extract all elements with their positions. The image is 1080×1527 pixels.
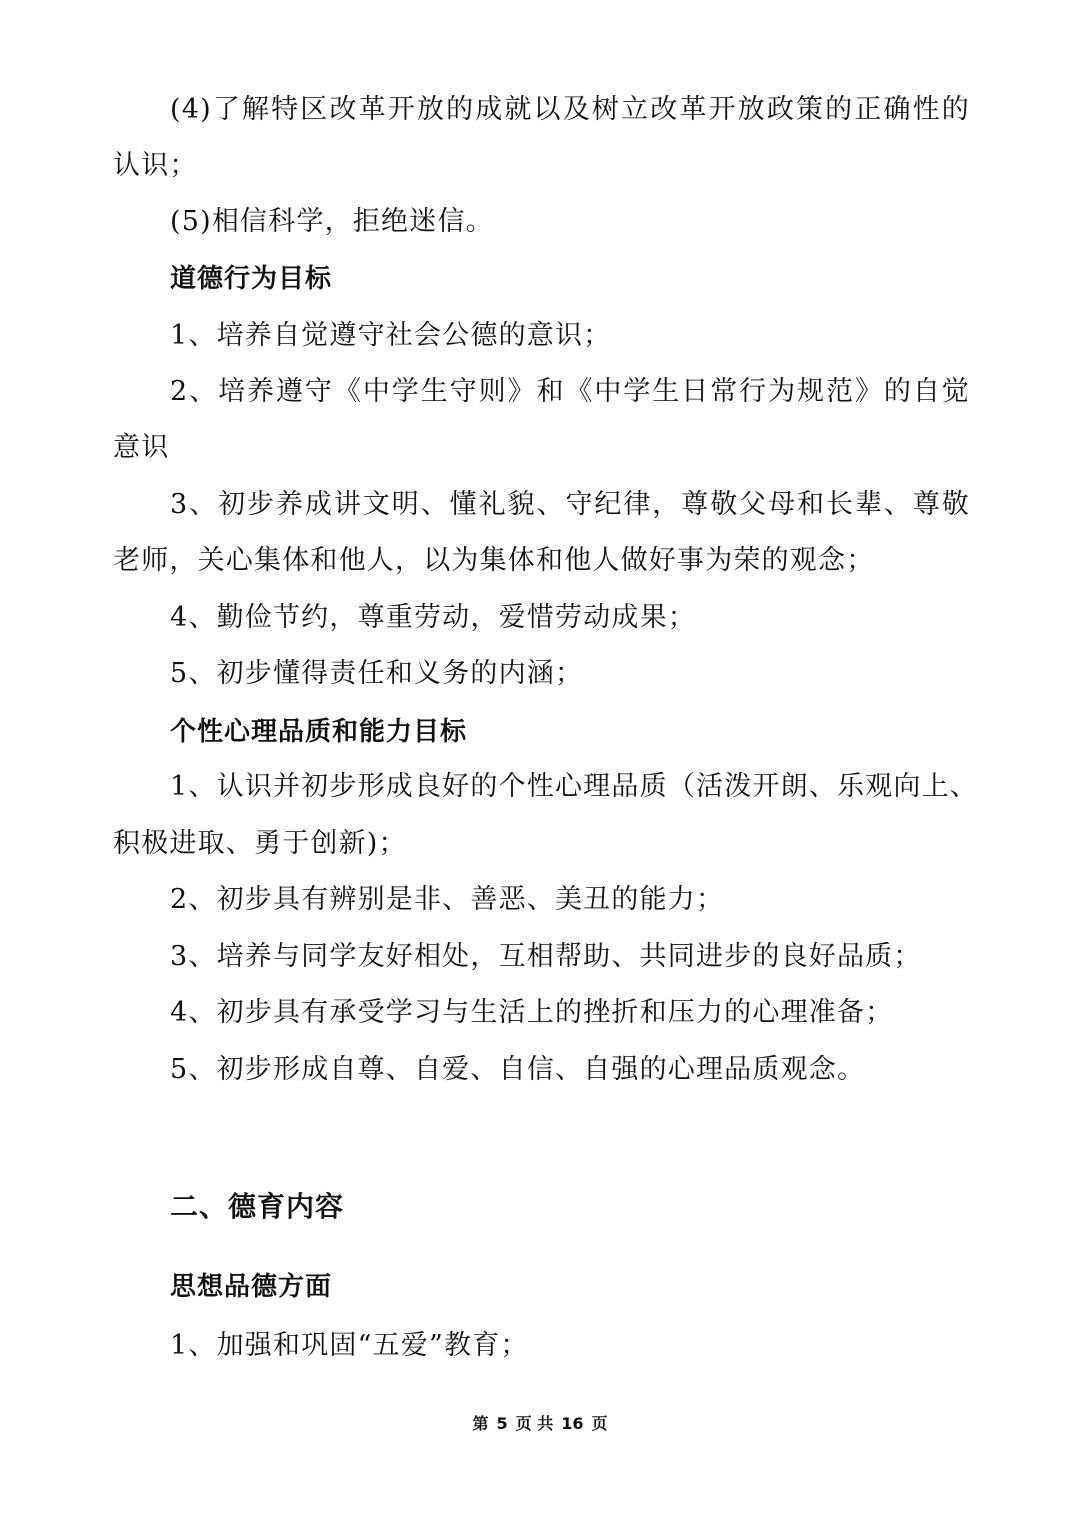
paragraph-4-line-1: (4)了解特区改革开放的成就以及树立改革开放政策的正确性的: [170, 92, 970, 128]
moral-item-3-line-2: 老师，关心集体和他人，以为集体和他人做好事为荣的观念；: [113, 543, 969, 579]
moral-item-1: 1、培养自觉遵守社会公德的意识；: [170, 318, 970, 354]
section-two-item-1: 1、加强和巩固“五爱”教育；: [170, 1328, 970, 1364]
moral-item-4: 4、勤俭节约，尊重劳动，爱惜劳动成果；: [170, 600, 970, 636]
footer-mid: 页 共: [516, 1414, 554, 1433]
personality-item-1-line-2: 积极进取、勇于创新)；: [113, 826, 969, 862]
moral-item-2-line-1: 2、培养遵守《中学生守则》和《中学生日常行为规范》的自觉: [170, 374, 970, 410]
footer-current-page: 5: [497, 1414, 508, 1433]
footer-prefix: 第: [472, 1414, 488, 1433]
moral-item-2-line-2: 意识: [113, 430, 969, 466]
paragraph-4-line-2: 认识；: [113, 148, 969, 184]
ideology-morality-subheading: 思想品德方面: [170, 1269, 970, 1305]
moral-behavior-heading: 道德行为目标: [170, 261, 970, 297]
personality-item-3: 3、培养与同学友好相处，互相帮助、共同进步的良好品质；: [170, 939, 970, 975]
footer-suffix: 页: [591, 1414, 607, 1433]
personality-item-1-line-1: 1、认识并初步形成良好的个性心理品质（活泼开朗、乐观向上、: [170, 769, 970, 805]
page-footer: 第5页 共16页: [0, 1412, 1080, 1436]
moral-item-5: 5、初步懂得责任和义务的内涵；: [170, 656, 970, 692]
personality-heading: 个性心理品质和能力目标: [170, 714, 970, 750]
personality-item-2: 2、初步具有辨别是非、善恶、美丑的能力；: [170, 882, 970, 918]
document-page: (4)了解特区改革开放的成就以及树立改革开放政策的正确性的 认识； (5)相信科…: [0, 0, 1080, 1527]
personality-item-4: 4、初步具有承受学习与生活上的挫折和压力的心理准备；: [170, 995, 970, 1031]
paragraph-5: (5)相信科学，拒绝迷信。: [170, 204, 970, 240]
moral-item-3-line-1: 3、初步养成讲文明、懂礼貌、守纪律，尊敬父母和长辈、尊敬: [170, 487, 970, 523]
personality-item-5: 5、初步形成自尊、自爱、自信、自强的心理品质观念。: [170, 1052, 970, 1088]
section-two-title: 二、德育内容: [170, 1189, 970, 1225]
footer-total-pages: 16: [561, 1414, 583, 1433]
